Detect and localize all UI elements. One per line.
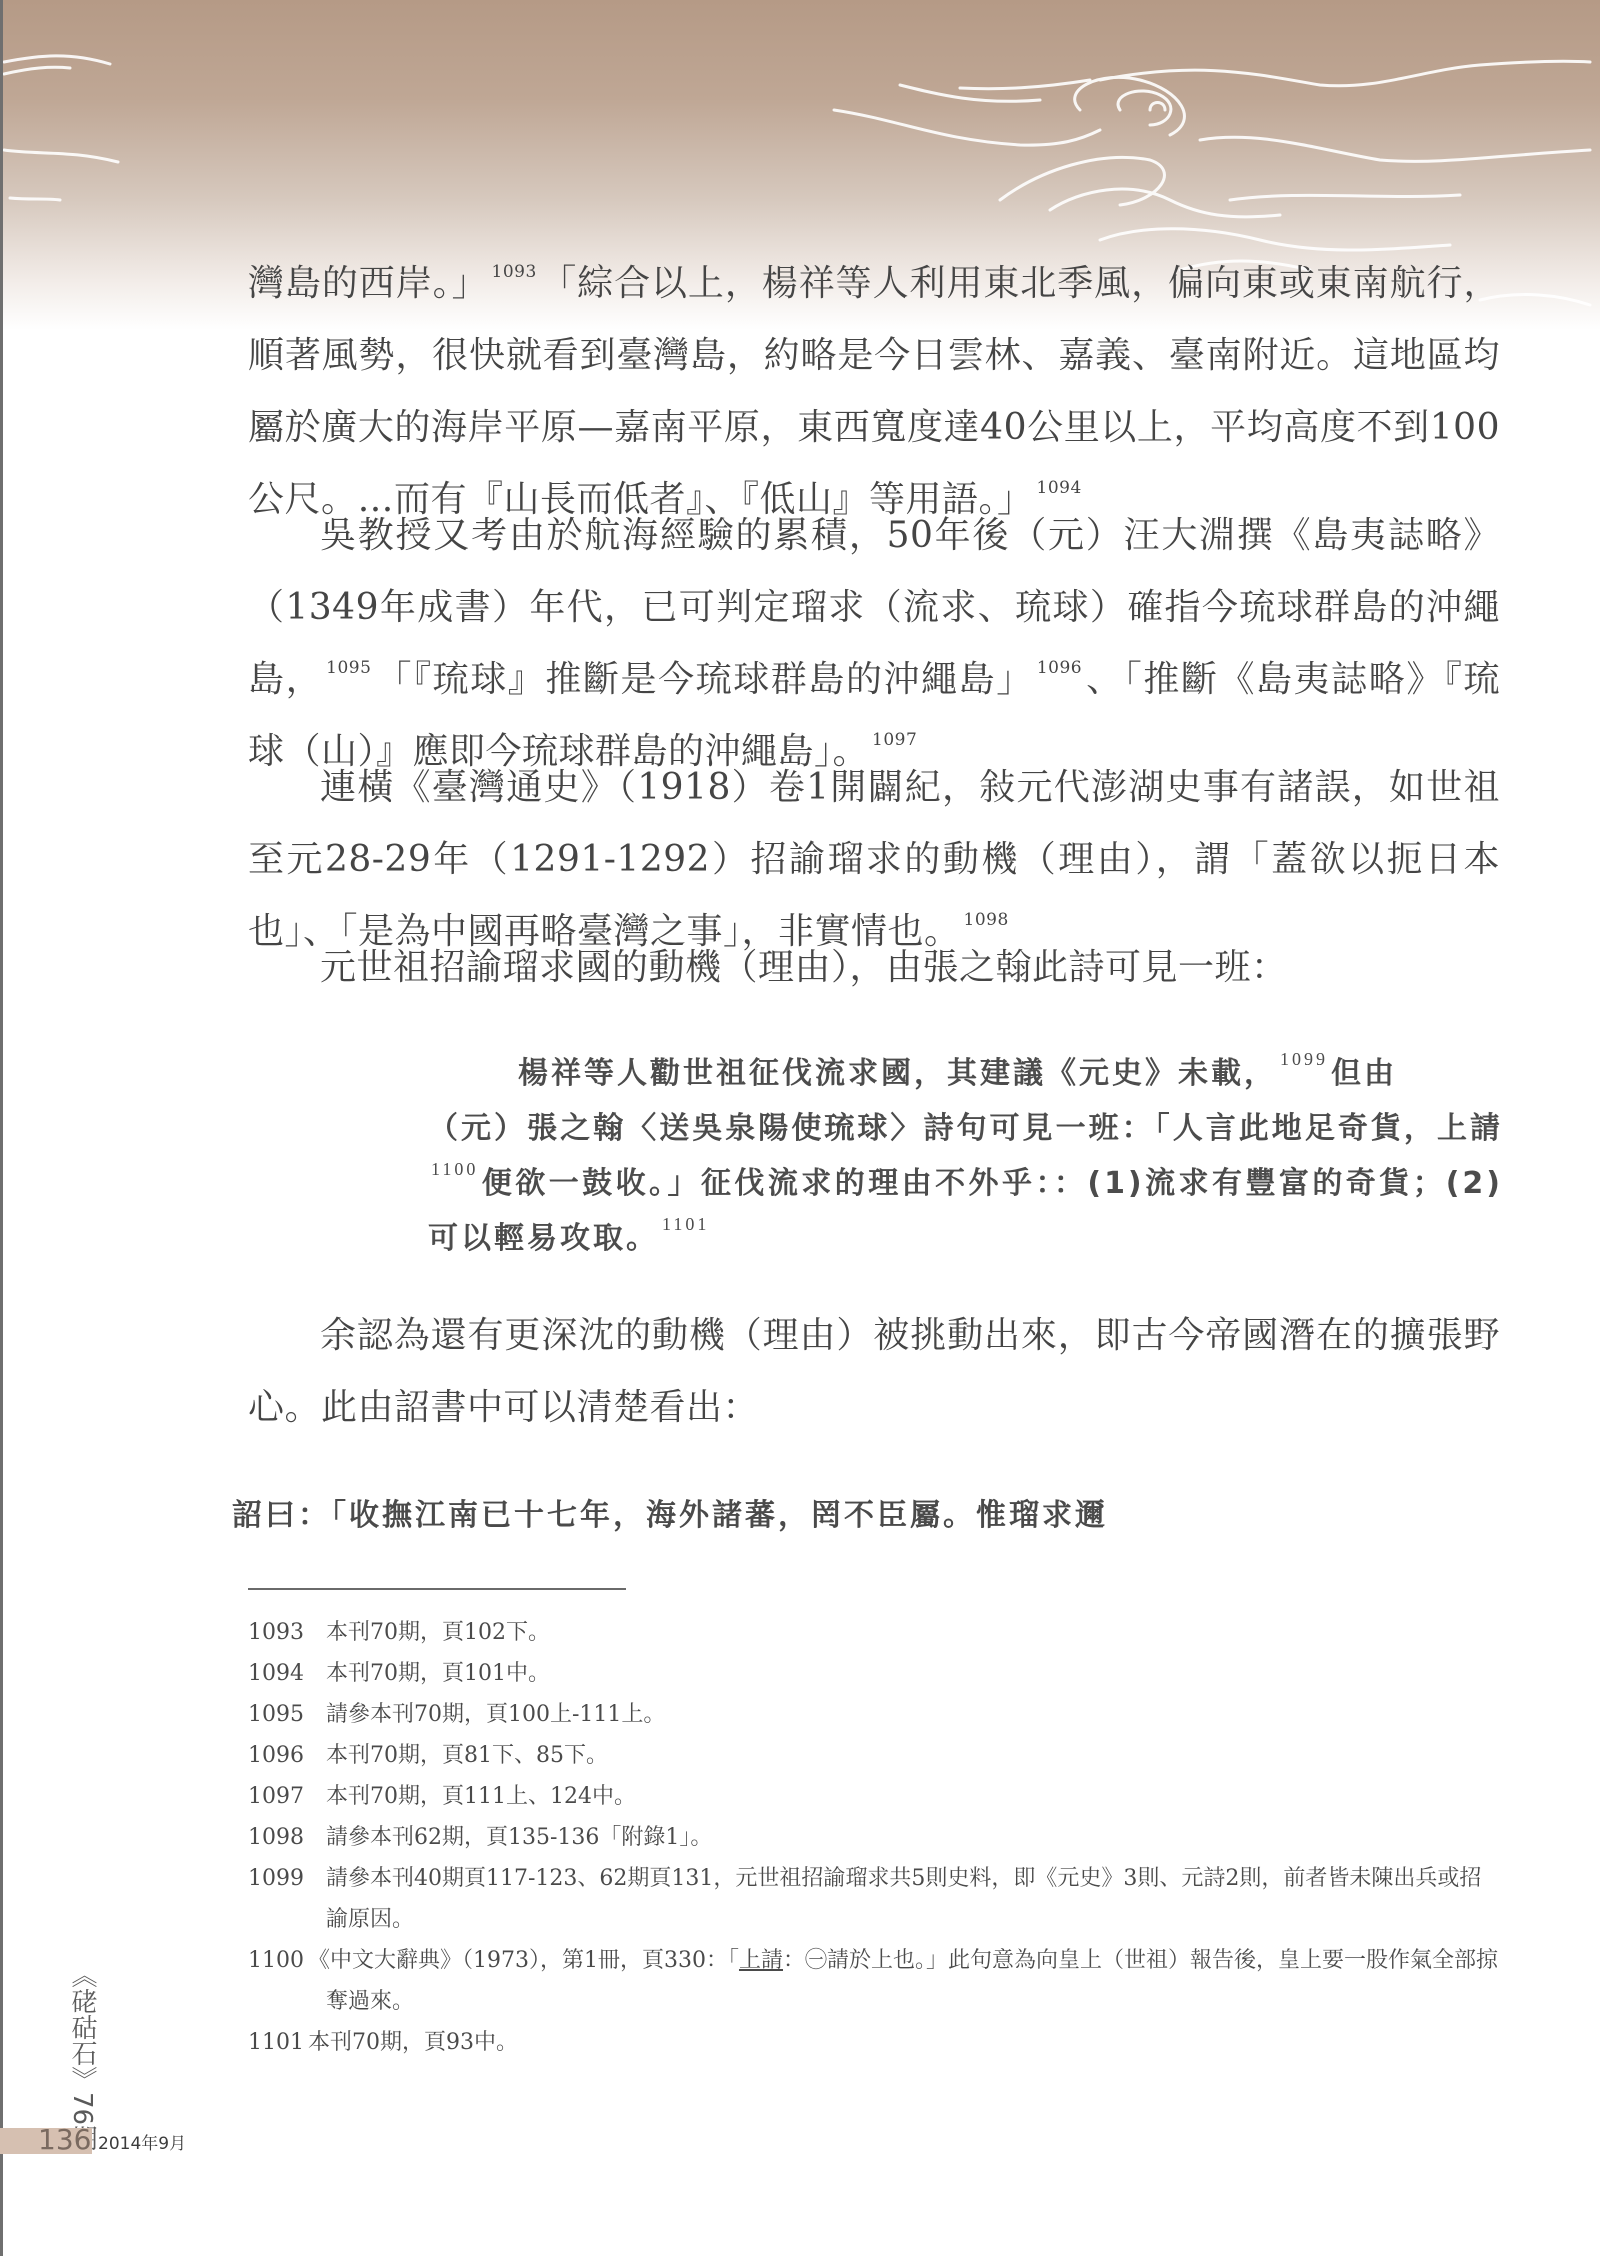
footnote: 1098請參本刊62期，頁135-136「附錄1」。 [248, 1817, 1500, 1858]
footnote-ref[interactable]: 1101 [662, 1214, 709, 1234]
footnote-ref[interactable]: 1099 [1280, 1049, 1328, 1069]
footnote: 1096本刊70期，頁81下、85下。 [248, 1735, 1500, 1776]
footnote: 1095請參本刊70期，頁100上-111上。 [248, 1694, 1500, 1735]
page-edge-rule [0, 0, 3, 2256]
paragraph: 元世祖招諭瑠求國的動機（理由），由張之翰此詩可見一班： [248, 932, 1500, 1004]
edict-quote: 詔曰：「收撫江南已十七年，海外諸蕃，罔不臣屬。惟瑠求邇 [232, 1490, 1252, 1534]
footnote-ref[interactable]: 1098 [964, 910, 1009, 930]
footnote-ref[interactable]: 1093 [492, 262, 537, 282]
footnote: 1093本刊70期，頁102下。 [248, 1612, 1500, 1653]
paragraph: 灣島的西岸。」1093「綜合以上，楊祥等人利用東北季風，偏向東或東南航行，順著風… [248, 248, 1500, 536]
footnote-ref[interactable]: 1095 [326, 658, 371, 678]
footnote: 1097本刊70期，頁111上、124中。 [248, 1776, 1500, 1817]
paragraph: 余認為還有更深沈的動機（理由）被挑動出來，即古今帝國潛在的擴張野心。此由詔書中可… [248, 1300, 1500, 1444]
footnote-ref[interactable]: 1096 [1037, 658, 1082, 678]
footnote-divider [248, 1588, 626, 1590]
footnote: 1100《中文大辭典》（1973），第1冊，頁330：「上請：㊀請於上也。」此句… [248, 1940, 1500, 2022]
footnote: 1101本刊70期，頁93中。 [248, 2022, 1500, 2063]
issue-date: 2014年9月 [98, 2129, 186, 2154]
page-number: 136 [38, 2123, 91, 2156]
paragraph: 吳教授又考由於航海經驗的累積，50年後（元）汪大淵撰《島夷誌略》（1349年成書… [248, 500, 1500, 788]
footnote-ref[interactable]: 1094 [1037, 478, 1082, 498]
footnote: 1094本刊70期，頁101中。 [248, 1653, 1500, 1694]
footnote-ref[interactable]: 1100 [431, 1159, 478, 1179]
footnote: 1099請參本刊40期頁117-123、62期頁131，元世祖招諭瑠求共5則史料… [248, 1858, 1500, 1940]
block-quote: 楊祥等人勸世祖征伐流求國，其建議《元史》未載，1099但由（元）張之翰〈送吳泉陽… [428, 1046, 1503, 1266]
footnote-ref[interactable]: 1097 [872, 730, 917, 750]
footnotes: 1093本刊70期，頁102下。 1094本刊70期，頁101中。 1095請參… [248, 1612, 1500, 2063]
